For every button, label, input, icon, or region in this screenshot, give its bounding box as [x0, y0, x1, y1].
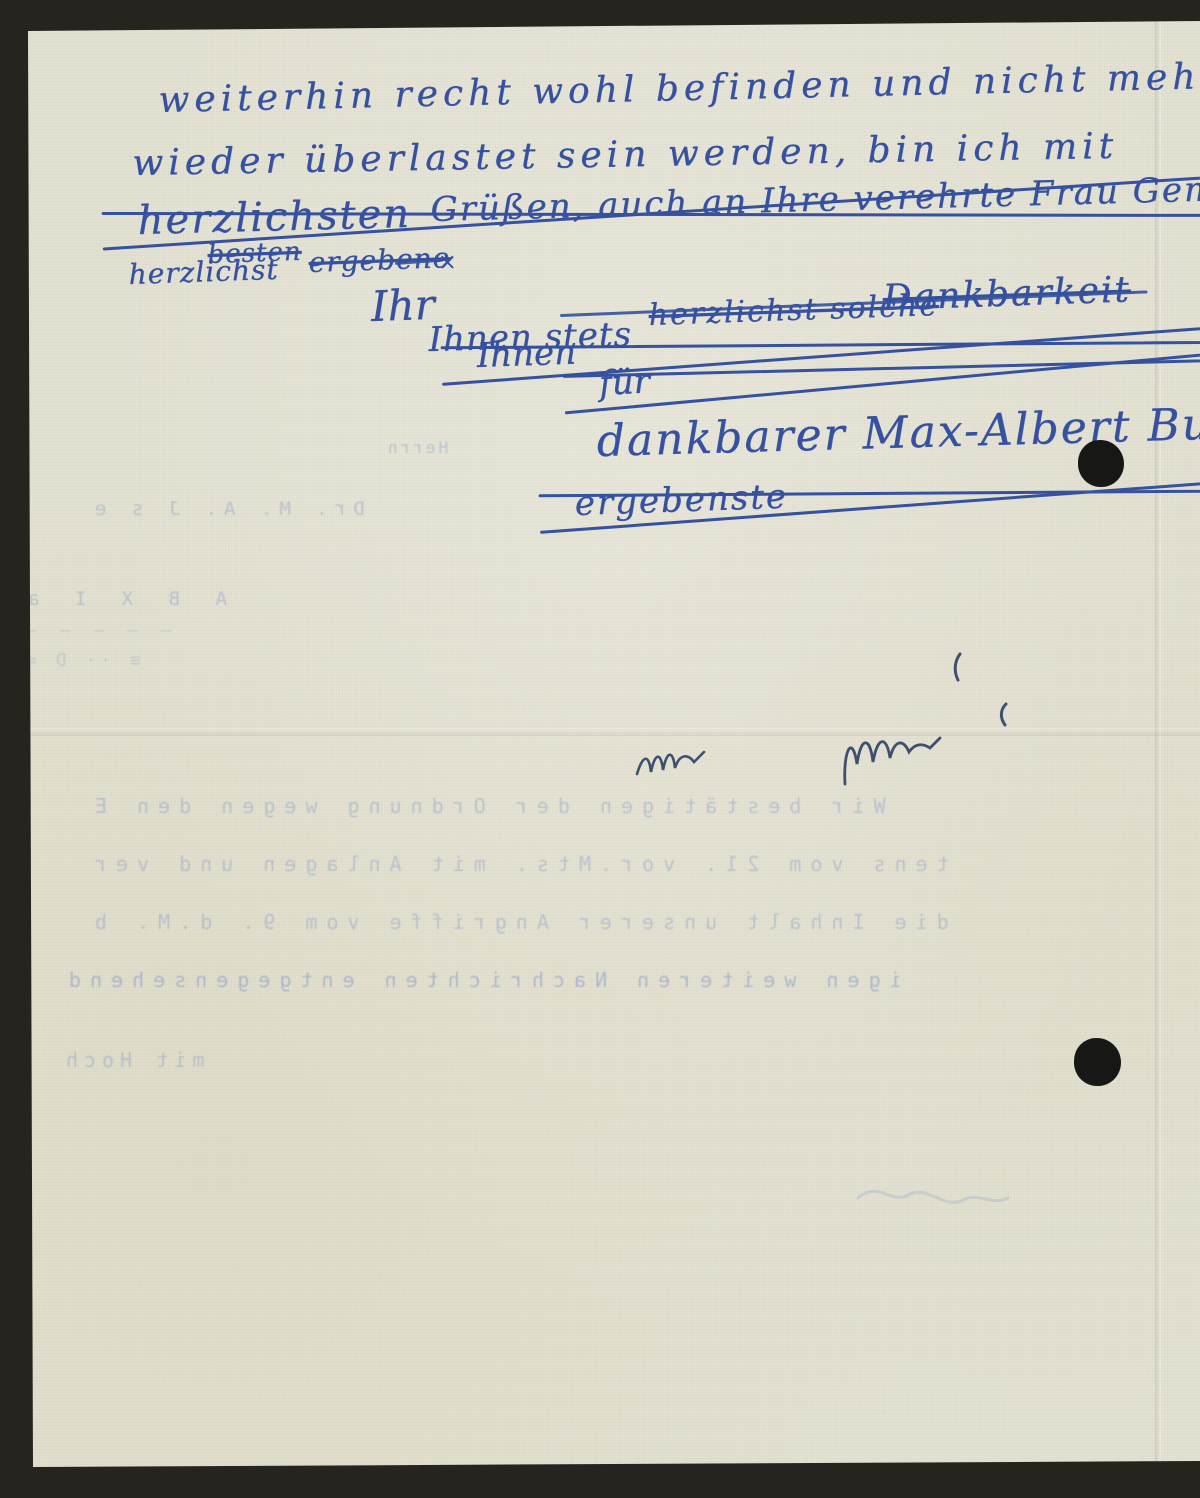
- bleedthrough-line: tens vom 21. vor.Mts. mit Anlagen und ve…: [86, 852, 949, 876]
- bleedthrough-line: ≡ ·· D =: [22, 650, 141, 671]
- bleedthrough-line: Dr. M. A. J s e: [88, 498, 365, 520]
- bleedthrough-line: igen weiteren Nachrichten entgegensehend: [60, 968, 902, 992]
- handwriting-line-1: weiterhin recht wohl befinden und nicht …: [158, 56, 1200, 121]
- faint-bleed-scribble: [848, 1140, 1018, 1230]
- paper-sheet: Herrn Dr. M. A. J s e A B X I a — — — – …: [0, 0, 1200, 1498]
- ink-tick-mark: [992, 700, 1014, 730]
- handwriting-x-mark: ×: [438, 250, 456, 275]
- bleedthrough-line: Wir bestätigen der Ordnung wegen den E: [86, 794, 886, 818]
- ink-scribble: [634, 742, 736, 784]
- bleedthrough-line: Herrn: [385, 438, 448, 457]
- handwriting-word: Ihr: [370, 280, 435, 331]
- bleedthrough-line: die Inhalt unserer Angriffe vom 9. d.M. …: [86, 910, 949, 934]
- punch-hole: [1074, 1038, 1121, 1086]
- vertical-fold-crease: [1155, 21, 1161, 1463]
- punch-hole: [1078, 440, 1124, 487]
- scanned-letter-page: Herrn Dr. M. A. J s e A B X I a — — — – …: [0, 0, 1200, 1498]
- bleedthrough-line: — — — – —: [20, 620, 172, 641]
- horizontal-fold-crease: [28, 728, 1200, 736]
- bleedthrough-line: A B X I a: [16, 588, 227, 610]
- handwriting-word: herzlichst: [128, 253, 279, 291]
- bleedthrough-line: mit Hoch: [60, 1048, 204, 1072]
- handwriting-line-7: Ihnen stets: [428, 315, 632, 360]
- ink-scribble: [840, 724, 988, 790]
- ink-tick-mark: [946, 650, 968, 686]
